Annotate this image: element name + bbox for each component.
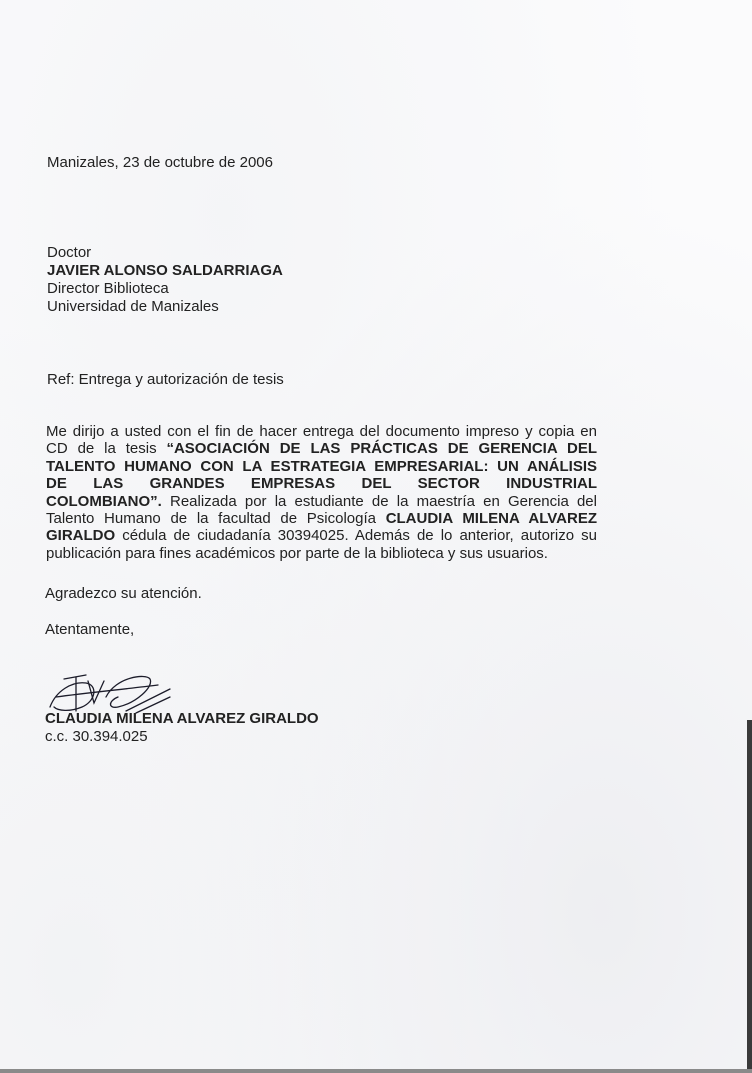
body-line-2: CD de la tesis “ASOCIACIÓN DE LAS PRÁCTI… — [46, 440, 597, 457]
student-name-end: GIRALDO — [46, 527, 115, 544]
recipient-title: Doctor — [47, 244, 91, 262]
body-line-6: Talento Humano de la facultad de Psicolo… — [46, 510, 597, 527]
body-line-3: TALENTO HUMANO CON LA ESTRATEGIA EMPRESA… — [46, 458, 597, 475]
body-line-5: COLOMBIANO”. Realizada por la estudiante… — [46, 493, 597, 510]
reference-line: Ref: Entrega y autorización de tesis — [47, 371, 284, 389]
recipient-position: Director Biblioteca — [47, 280, 169, 298]
thanks-line: Agradezco su atención. — [45, 585, 202, 603]
body-line-7: GIRALDO cédula de ciudadanía 30394025. A… — [46, 527, 597, 544]
student-name-part: CLAUDIA MILENA ALVAREZ — [386, 510, 597, 527]
recipient-name: JAVIER ALONSO SALDARRIAGA — [47, 262, 283, 280]
scan-edge-bottom — [0, 1069, 752, 1073]
body-text: Realizada por la estudiante de la maestr… — [162, 493, 597, 510]
body-text: CD de la tesis — [46, 440, 166, 457]
body-line-1: Me dirijo a usted con el fin de hacer en… — [46, 423, 597, 440]
scan-edge-right — [747, 720, 752, 1073]
body-line-4: DE LAS GRANDES EMPRESAS DEL SECTOR INDUS… — [46, 475, 597, 492]
body-text: cédula de ciudadanía 30394025. Además de… — [115, 527, 597, 544]
place-date: Manizales, 23 de octubre de 2006 — [47, 154, 273, 172]
signer-id: c.c. 30.394.025 — [45, 728, 148, 746]
body-text: Talento Humano de la facultad de Psicolo… — [46, 510, 386, 527]
thesis-title-end: COLOMBIANO”. — [46, 493, 162, 510]
recipient-institution: Universidad de Manizales — [47, 298, 219, 316]
signer-name: CLAUDIA MILENA ALVAREZ GIRALDO — [45, 710, 319, 728]
closing-line: Atentamente, — [45, 621, 134, 639]
thesis-title-part: “ASOCIACIÓN DE LAS PRÁCTICAS DE GERENCIA… — [166, 440, 597, 457]
letter-body: Me dirijo a usted con el fin de hacer en… — [46, 423, 597, 562]
body-line-8: publicación para fines académicos por pa… — [46, 545, 597, 562]
